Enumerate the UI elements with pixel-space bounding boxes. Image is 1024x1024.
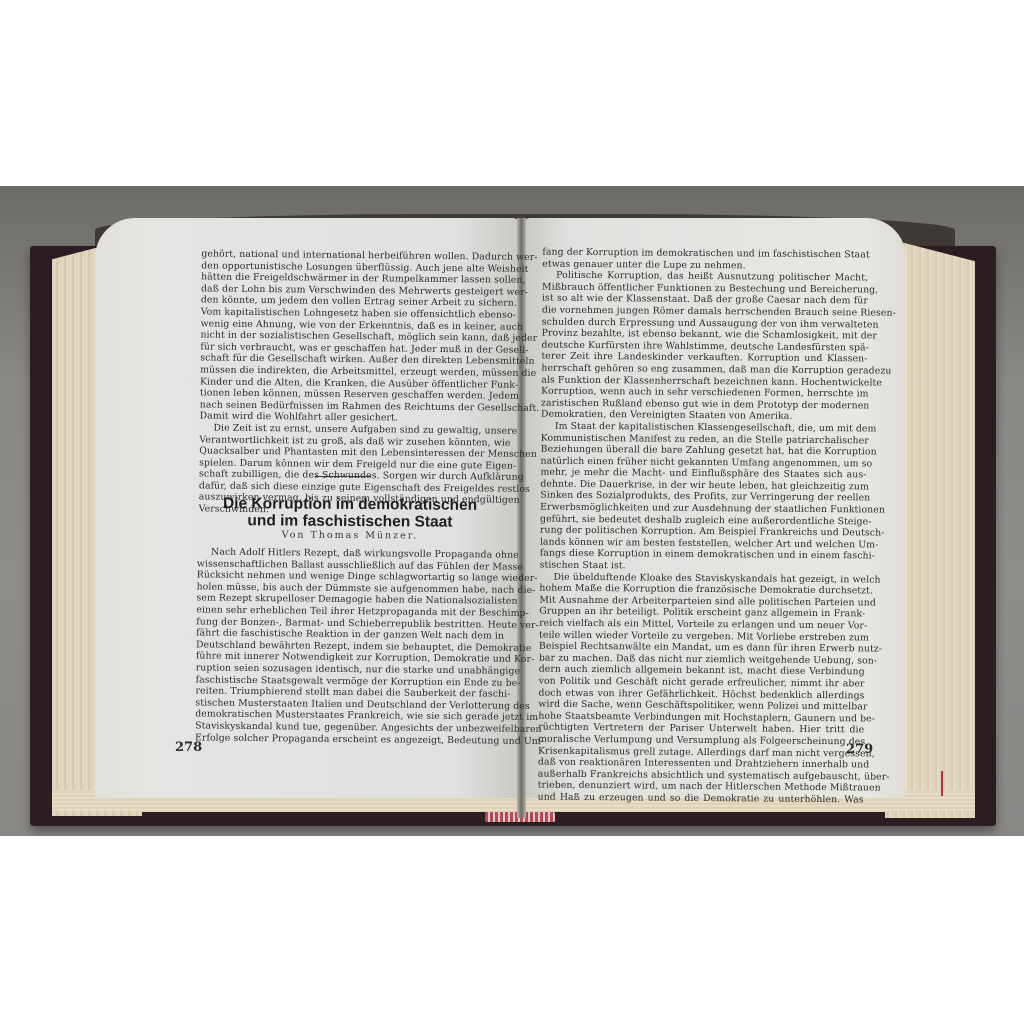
article-byline: Von Thomas Münzer. — [200, 529, 500, 542]
article-title-line: und im faschistischen Staat — [200, 512, 500, 531]
photograph-open-book: gehört, national und international herbe… — [0, 186, 1024, 836]
right-page-article-text: fang der Korruption im demokratischen un… — [538, 247, 869, 806]
page-number-left: 278 — [175, 740, 202, 755]
left-page-top-text: gehört, national und international herbe… — [199, 248, 502, 518]
page-number-right: 279 — [846, 742, 873, 757]
article-title-line: Die Korruption im demokratischen — [200, 495, 500, 514]
section-divider — [315, 476, 371, 477]
red-edge-mark — [941, 771, 943, 796]
article-title: Die Korruption im demokratischen und im … — [200, 495, 500, 531]
left-page-article-text: Nach Adolf Hitlers Rezept, daß wirkungsv… — [195, 546, 499, 746]
